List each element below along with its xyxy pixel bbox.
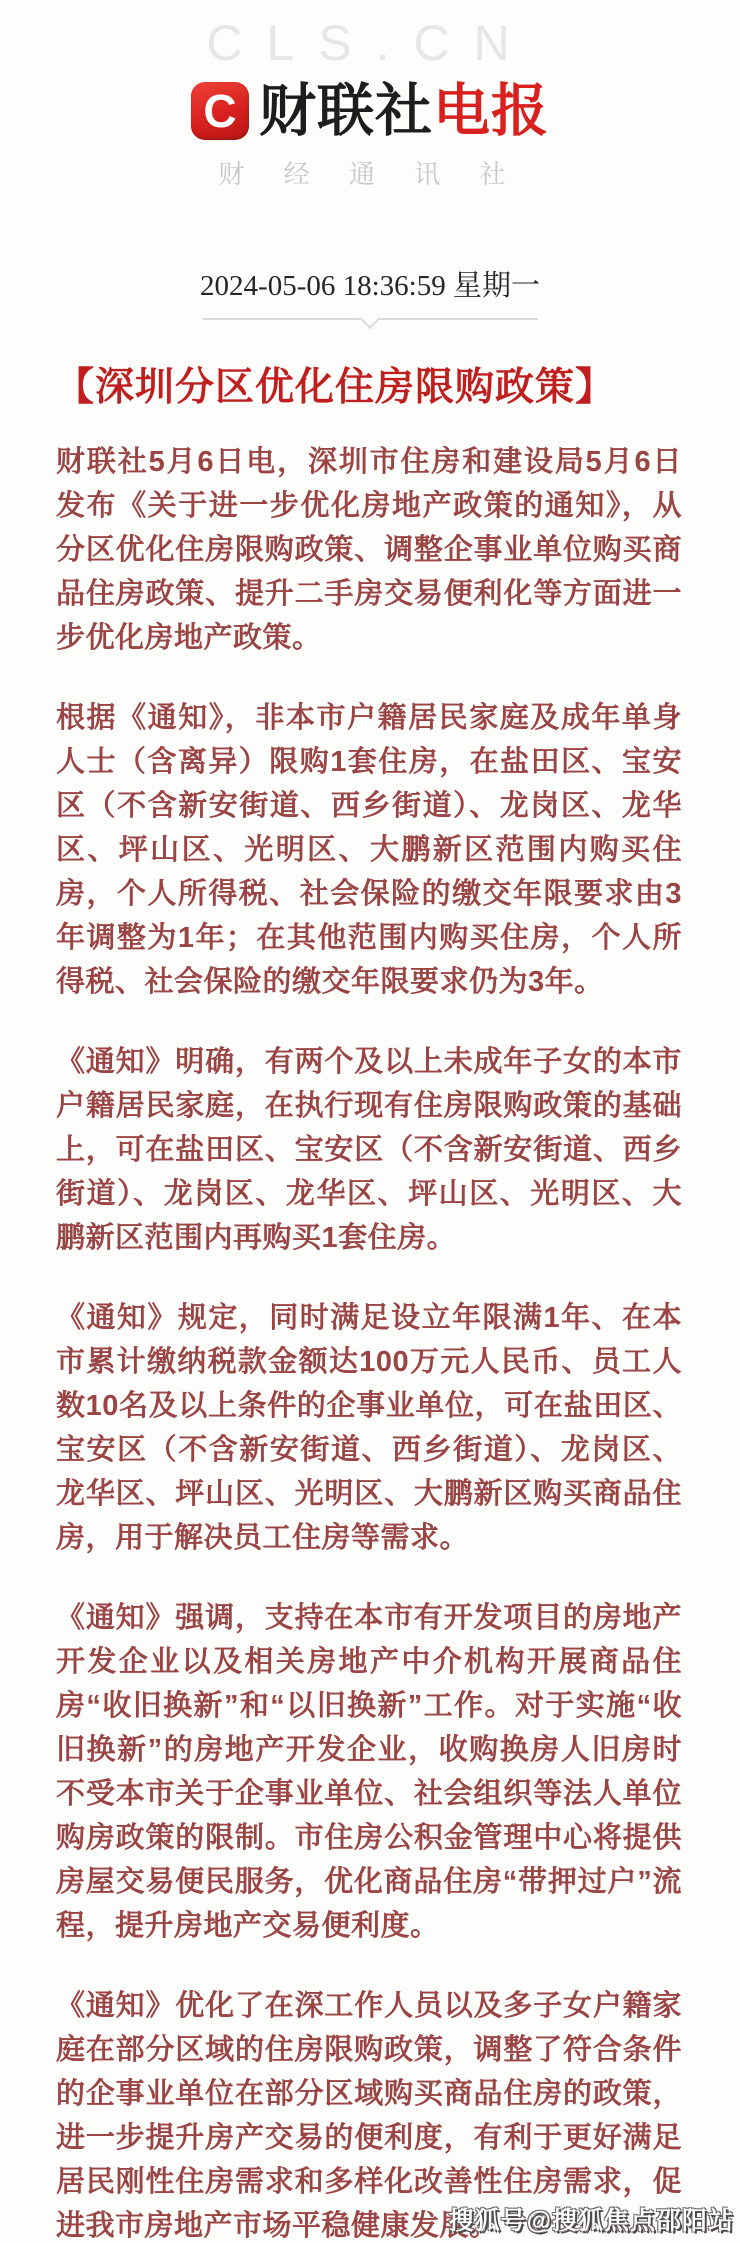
cailianshe-c-icon: C: [191, 82, 249, 140]
brand-name-primary: 财联社: [259, 79, 433, 143]
badge-letter: C: [203, 88, 236, 134]
article-title: 【深圳分区优化住房限购政策】: [55, 356, 700, 412]
article-paragraph: 《通知》明确，有两个及以上未成年子女的本市户籍居民家庭，在执行现有住房限购政策的…: [56, 1040, 682, 1260]
article-body: 财联社5月6日电，深圳市住房和建设局5月6日发布《关于进一步优化房地产政策的通知…: [0, 440, 740, 2243]
brand-name: 财联社电报: [259, 83, 549, 140]
divider-notch-icon: [359, 308, 380, 329]
sohu-watermark: 搜狐号@搜狐焦点邵阳站: [449, 2201, 734, 2237]
date-divider: [203, 318, 538, 334]
article-paragraph: 《通知》强调，支持在本市有开发项目的房地产开发企业以及相关房地产中介机构开展商品…: [56, 1596, 682, 1948]
brand-name-accent: 电报: [433, 79, 549, 143]
brand-logo: C 财联社电报: [0, 82, 740, 140]
cls-cn-watermark: CLS.CN: [0, 14, 740, 72]
article-paragraph: 财联社5月6日电，深圳市住房和建设局5月6日发布《关于进一步优化房地产政策的通知…: [56, 440, 682, 660]
article-paragraph: 根据《通知》，非本市户籍居民家庭及成年单身人士（含离异）限购1套住房，在盐田区、…: [56, 696, 682, 1004]
publish-datetime: 2024-05-06 18:36:59 星期一: [0, 263, 740, 304]
article-paragraph: 《通知》规定，同时满足设立年限满1年、在本市累计缴纳税款金额达100万元人民币、…: [56, 1296, 682, 1560]
brand-tagline: 财 经 通 讯 社: [0, 154, 740, 191]
